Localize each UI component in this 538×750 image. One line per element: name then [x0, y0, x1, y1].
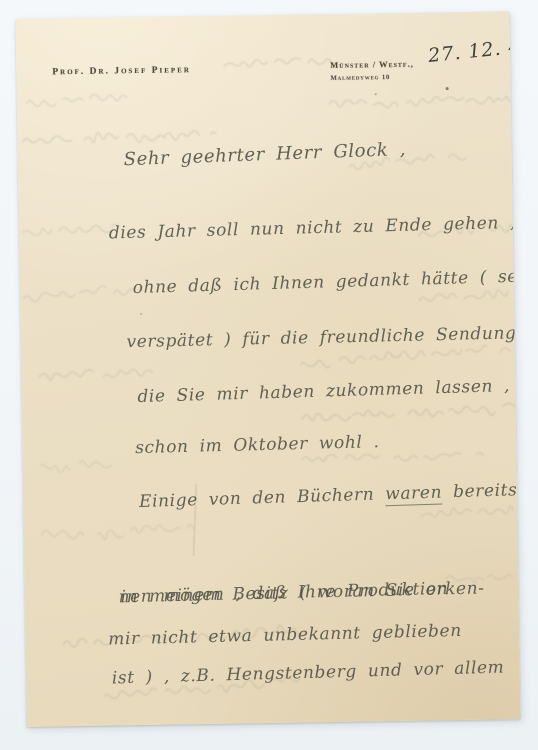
handwritten-date: 27. 12. 49 — [427, 34, 520, 67]
letterhead-street: Malmedyweg 10 — [330, 74, 390, 82]
letter-body-line: dies Jahr soll nun nicht zu Ende gehen , — [109, 213, 517, 244]
letterhead-sender-name: Prof. Dr. Josef Pieper — [52, 65, 191, 77]
paper-speck — [140, 313, 142, 315]
underlined-word: waren — [385, 483, 442, 507]
letter-body-line: verspätet ) für die freundliche Sendung … — [126, 323, 520, 352]
paper-speck — [446, 87, 449, 90]
bleed-through-stroke — [302, 403, 521, 425]
letterhead-city: Münster / Westf., — [330, 59, 414, 70]
bleed-through-ink — [15, 11, 520, 727]
bleed-through-stroke — [41, 523, 193, 543]
letter-body-line: ist ) , z.B. Hengstenberg und vor allem — [112, 658, 505, 689]
letter-body-line: die Sie mir haben zukommen lassen , — [137, 376, 510, 407]
letter-paper: Prof. Dr. Josef Pieper Münster / Westf.,… — [15, 11, 520, 727]
bleed-through-stroke — [421, 503, 514, 521]
bleed-through-stroke — [23, 284, 133, 302]
bleed-through-stroke — [329, 94, 521, 110]
line-segment: Einige von den Büchern — [139, 484, 386, 512]
paper-speck — [375, 93, 377, 95]
bleed-through-stroke — [23, 224, 119, 236]
bleed-through-stroke — [419, 287, 508, 306]
line-segment: bereits — [442, 480, 518, 502]
letter-body-line: mir nicht etwa unbekannt geblieben — [108, 621, 462, 650]
bleed-through-stroke — [23, 127, 216, 148]
salutation-line: Sehr geehrter Herr Glock , — [123, 139, 406, 170]
scan-background: Prof. Dr. Josef Pieper Münster / Westf.,… — [0, 0, 538, 750]
letter-body-line: schon im Oktober wohl . — [135, 432, 380, 458]
bleed-through-stroke — [27, 92, 128, 108]
letter-body-line: ohne daß ich Ihnen gedankt hätte ( sehr — [132, 266, 520, 298]
bleed-through-stroke — [40, 460, 111, 472]
bleed-through-stroke — [39, 367, 153, 382]
bleed-through-stroke — [224, 56, 337, 69]
